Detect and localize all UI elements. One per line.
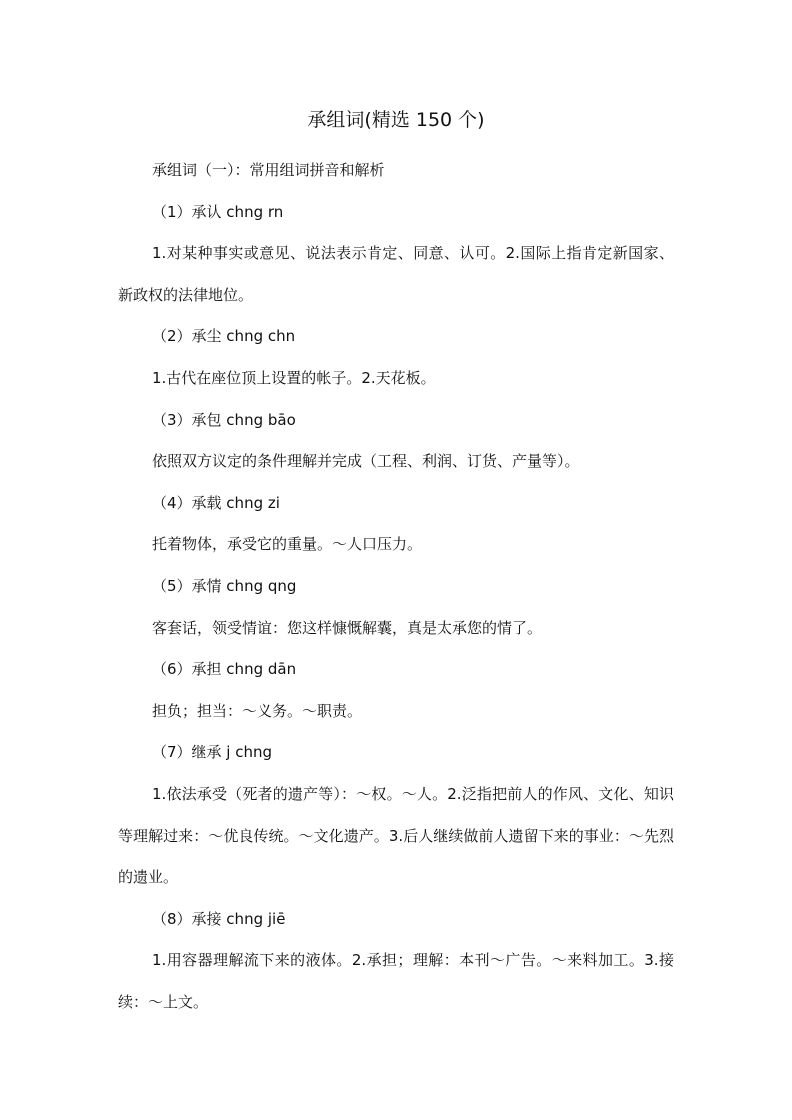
entry-heading: （6）承担 chng dān xyxy=(118,649,674,691)
entry-definition: 1.依法承受（死者的遗产等）：～权。～人。2.泛指把前人的作风、文化、知识等理解… xyxy=(118,774,674,899)
entry-heading: （3）承包 chng bāo xyxy=(118,400,674,442)
document-title: 承组词(精选 150 个) xyxy=(0,107,792,133)
entry-definition: 1.用容器理解流下来的液体。2.承担；理解：本刊～广告。～来料加工。3.接续：～… xyxy=(118,940,674,1023)
section-heading: 承组词（一）：常用组词拼音和解析 xyxy=(118,150,674,192)
document-body: 承组词（一）：常用组词拼音和解析 （1）承认 chng rn 1.对某种事实或意… xyxy=(118,150,674,1023)
entry-heading: （5）承情 chng qng xyxy=(118,566,674,608)
entry-definition: 担负；担当：～义务。～职责。 xyxy=(118,691,674,733)
entry-heading: （4）承载 chng zi xyxy=(118,483,674,525)
entry-heading: （7）继承 j chng xyxy=(118,732,674,774)
document-page: 承组词(精选 150 个) 承组词（一）：常用组词拼音和解析 （1）承认 chn… xyxy=(0,0,792,1120)
entry-heading: （1）承认 chng rn xyxy=(118,192,674,234)
entry-definition: 客套话，领受情谊：您这样慷慨解囊，真是太承您的情了。 xyxy=(118,608,674,650)
entry-definition: 1.对某种事实或意见、说法表示肯定、同意、认可。2.国际上指肯定新国家、新政权的… xyxy=(118,233,674,316)
entry-heading: （8）承接 chng jiē xyxy=(118,899,674,941)
entry-definition: 依照双方议定的条件理解并完成（工程、利润、订货、产量等）。 xyxy=(118,441,674,483)
entry-definition: 托着物体，承受它的重量。～人口压力。 xyxy=(118,524,674,566)
entry-heading: （2）承尘 chng chn xyxy=(118,316,674,358)
entry-definition: 1.古代在座位顶上设置的帐子。2.天花板。 xyxy=(118,358,674,400)
